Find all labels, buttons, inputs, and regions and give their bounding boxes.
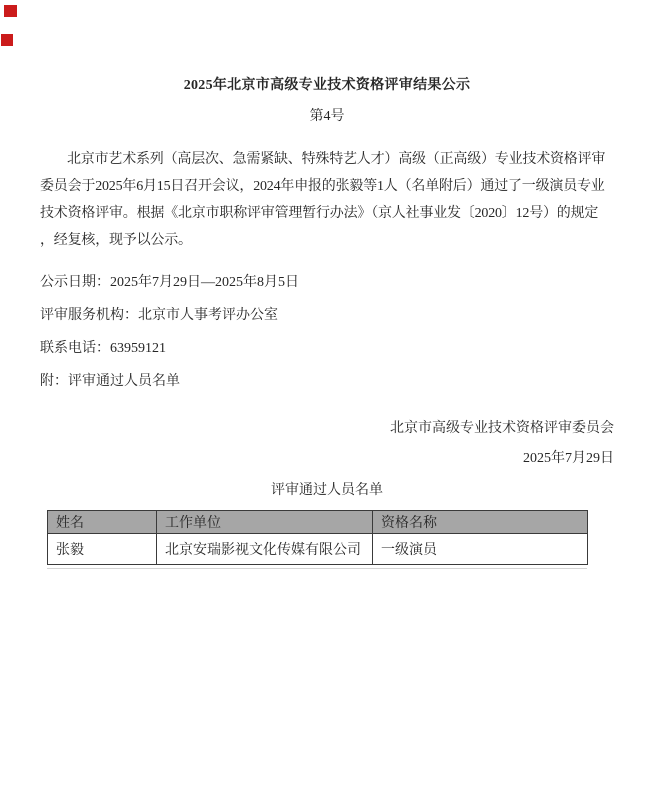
table-header-name: 姓名 bbox=[48, 511, 157, 534]
body-line: 北京市艺术系列（高层次、急需紧缺、特殊特艺人才）高级（正高级）专业技术资格评审 bbox=[40, 146, 614, 173]
meta-line-contact-phone: 联系电话：63959121 bbox=[40, 332, 614, 365]
table-cell-name: 张毅 bbox=[48, 534, 157, 565]
signature-organization: 北京市高级专业技术资格评审委员会 bbox=[40, 414, 614, 444]
body-line: 技术资格评审。根据《北京市职称评审管理暂行办法》（京人社事业发〔2020〕12号… bbox=[40, 200, 614, 227]
meta-info: 公示日期：2025年7月29日—2025年8月5日 评审服务机构：北京市人事考评… bbox=[40, 266, 614, 398]
table-header-row: 姓名 工作单位 资格名称 bbox=[48, 511, 588, 534]
roster-table: 姓名 工作单位 资格名称 张毅 北京安瑞影视文化传媒有限公司 一级演员 bbox=[47, 510, 588, 565]
table-cell-qualification: 一级演员 bbox=[373, 534, 588, 565]
page-title: 2025年北京市高级专业技术资格评审结果公示 bbox=[40, 76, 614, 96]
table-row: 张毅 北京安瑞影视文化传媒有限公司 一级演员 bbox=[48, 534, 588, 565]
body-line: ，经复核，现予以公示。 bbox=[40, 227, 614, 254]
signature-date: 2025年7月29日 bbox=[40, 444, 614, 474]
red-corner-mark-icon bbox=[1, 34, 13, 46]
table-bottom-shadow bbox=[47, 568, 587, 569]
meta-line-review-agency: 评审服务机构：北京市人事考评办公室 bbox=[40, 299, 614, 332]
issue-number: 第4号 bbox=[40, 108, 614, 126]
meta-line-attachment-note: 附：评审通过人员名单 bbox=[40, 365, 614, 398]
roster-title: 评审通过人员名单 bbox=[40, 480, 614, 502]
signature-block: 北京市高级专业技术资格评审委员会 2025年7月29日 bbox=[40, 414, 614, 474]
table-cell-work-unit: 北京安瑞影视文化传媒有限公司 bbox=[157, 534, 373, 565]
body-paragraph: 北京市艺术系列（高层次、急需紧缺、特殊特艺人才）高级（正高级）专业技术资格评审 … bbox=[40, 146, 614, 254]
announcement-document: 2025年北京市高级专业技术资格评审结果公示 第4号 北京市艺术系列（高层次、急… bbox=[0, 0, 657, 569]
red-corner-mark-icon bbox=[4, 5, 17, 17]
meta-line-announcement-dates: 公示日期：2025年7月29日—2025年8月5日 bbox=[40, 266, 614, 299]
table-header-qualification: 资格名称 bbox=[373, 511, 588, 534]
table-header-work-unit: 工作单位 bbox=[157, 511, 373, 534]
body-line: 委员会于2025年6月15日召开会议，2024年申报的张毅等1人（名单附后）通过… bbox=[40, 173, 614, 200]
